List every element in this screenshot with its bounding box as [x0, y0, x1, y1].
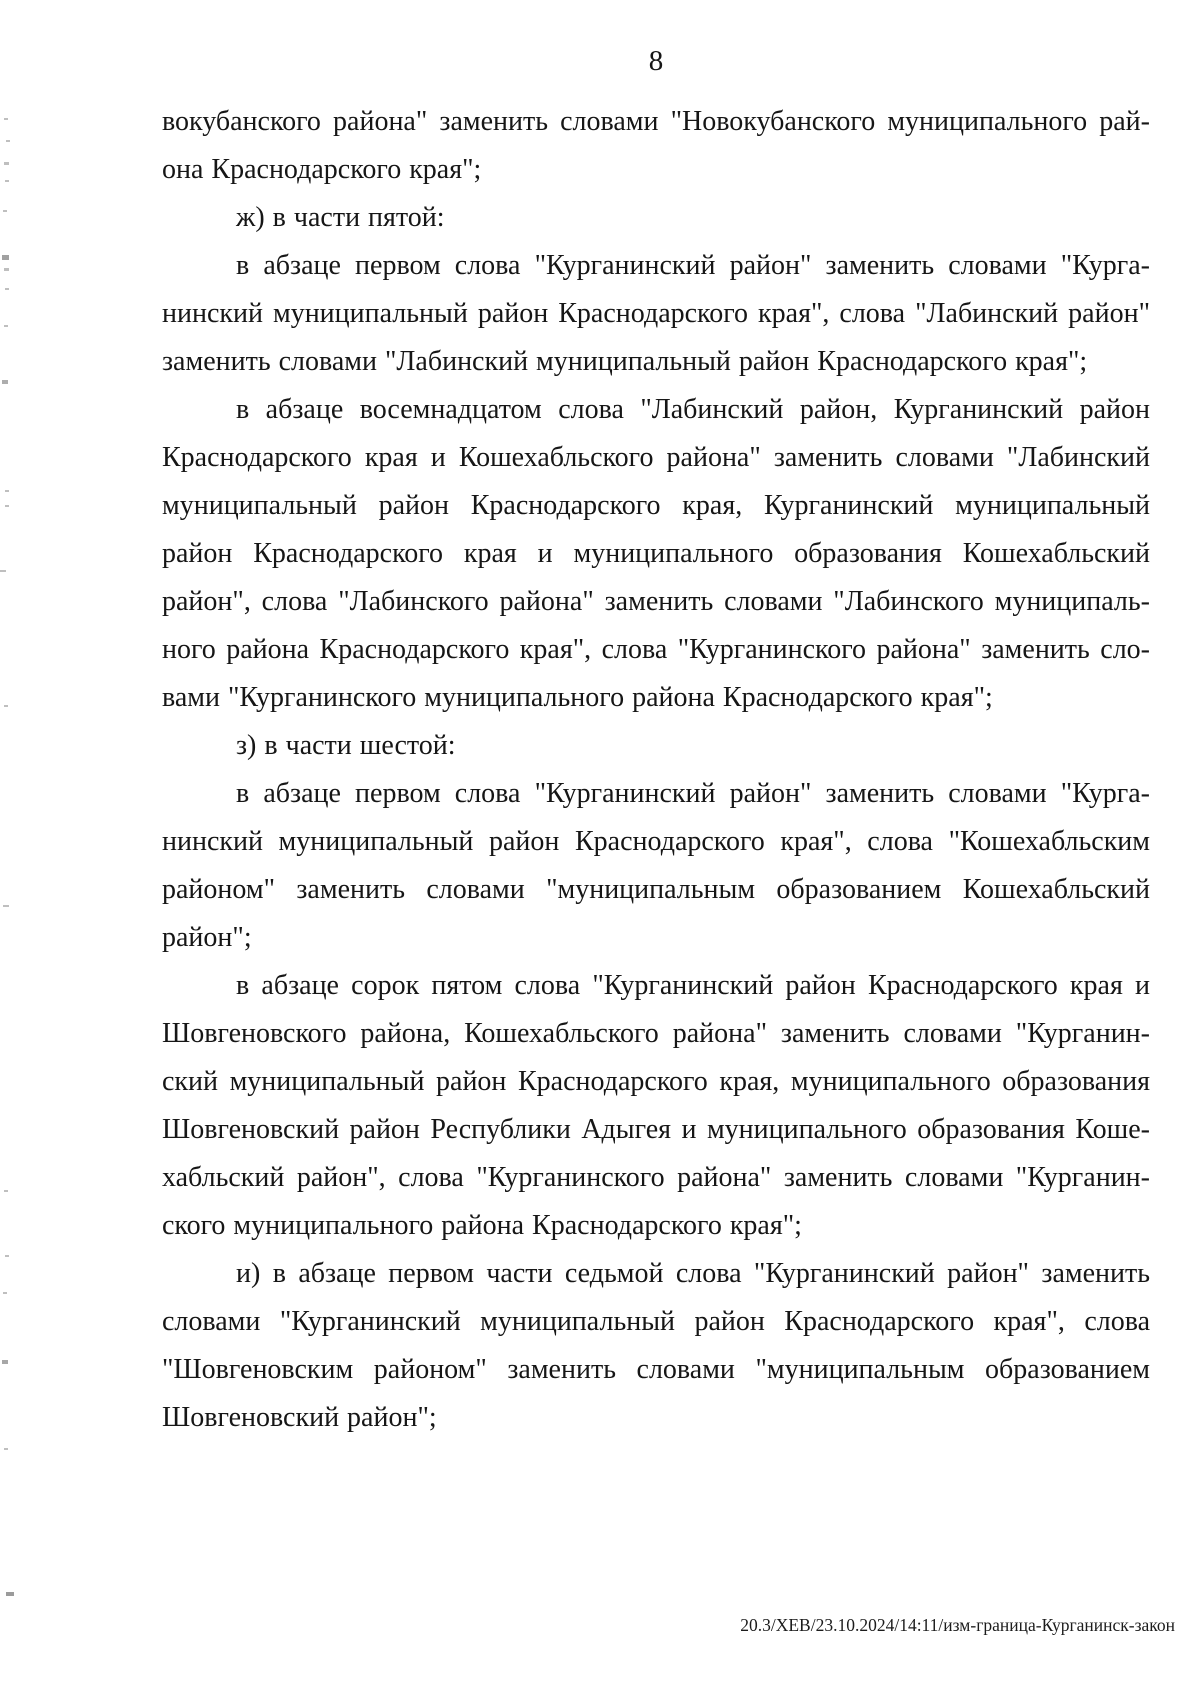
scan-artifact [2, 255, 9, 260]
scan-artifact [5, 288, 9, 290]
text-line: ского муниципального района Краснодарско… [162, 1202, 1150, 1250]
text-line: вами "Курганинского муниципального район… [162, 674, 1150, 722]
scan-artifact [2, 1360, 8, 1364]
text-line: район", слова "Лабинского района" замени… [162, 578, 1150, 626]
document-body: вокубанского района" заменить словами "Н… [162, 98, 1150, 1442]
scan-artifact [4, 118, 8, 120]
scan-artifact [6, 140, 10, 142]
text-line: хабльский район", слова "Курганинского р… [162, 1154, 1150, 1202]
scan-artifact [4, 1190, 8, 1192]
scan-artifact [4, 705, 8, 707]
text-line: в абзаце первом слова "Курганинский райо… [162, 770, 1150, 818]
page-number: 8 [162, 44, 1150, 78]
scan-artifact [5, 505, 9, 507]
scan-artifact [6, 1592, 14, 1596]
text-line: ский муниципальный район Краснодарского … [162, 1058, 1150, 1106]
text-line: она Краснодарского края"; [162, 146, 1150, 194]
text-line: Шовгеновского района, Кошехабльского рай… [162, 1010, 1150, 1058]
text-line: ного района Краснодарского края", слова … [162, 626, 1150, 674]
text-line: Шовгеновский район Республики Адыгея и м… [162, 1106, 1150, 1154]
scan-artifact [5, 490, 9, 492]
text-line: муниципальный район Краснодарского края,… [162, 482, 1150, 530]
text-line: заменить словами "Лабинский муниципальны… [162, 338, 1150, 386]
scan-artifact [4, 325, 8, 327]
footer-reference: 20.3/ХЕВ/23.10.2024/14:11/изм-граница-Ку… [160, 1614, 1175, 1636]
scan-artifact [4, 1448, 8, 1450]
scan-artifact [0, 570, 6, 572]
text-line: в абзаце восемнадцатом слова "Лабинский … [162, 386, 1150, 434]
text-line: "Шовгеновским районом" заменить словами … [162, 1346, 1150, 1394]
text-line: вокубанского района" заменить словами "Н… [162, 98, 1150, 146]
text-line: нинский муниципальный район Краснодарско… [162, 290, 1150, 338]
text-line: Шовгеновский район"; [162, 1394, 1150, 1442]
text-line: Краснодарского края и Кошехабльского рай… [162, 434, 1150, 482]
text-line: з) в части шестой: [162, 722, 1150, 770]
text-line: ж) в части пятой: [162, 194, 1150, 242]
document-page: 8 вокубанского района" заменить словами … [0, 0, 1200, 1697]
text-line: в абзаце сорок пятом слова "Курганинский… [162, 962, 1150, 1010]
scan-artifact [2, 380, 8, 384]
text-line: нинский муниципальный район Краснодарско… [162, 818, 1150, 866]
scan-artifact [4, 268, 9, 271]
text-line: и) в абзаце первом части седьмой слова "… [162, 1250, 1150, 1298]
scan-artifact [5, 180, 9, 182]
scan-artifact [4, 162, 9, 165]
scan-artifact [5, 1255, 9, 1257]
scan-artifact [3, 1292, 7, 1294]
scan-artifact [3, 210, 7, 212]
text-line: словами "Курганинский муниципальный райо… [162, 1298, 1150, 1346]
scan-artifact [3, 905, 9, 907]
text-line: в абзаце первом слова "Курганинский райо… [162, 242, 1150, 290]
text-line: район Краснодарского края и муниципально… [162, 530, 1150, 578]
text-line: районом" заменить словами "муниципальным… [162, 866, 1150, 914]
text-line: район"; [162, 914, 1150, 962]
